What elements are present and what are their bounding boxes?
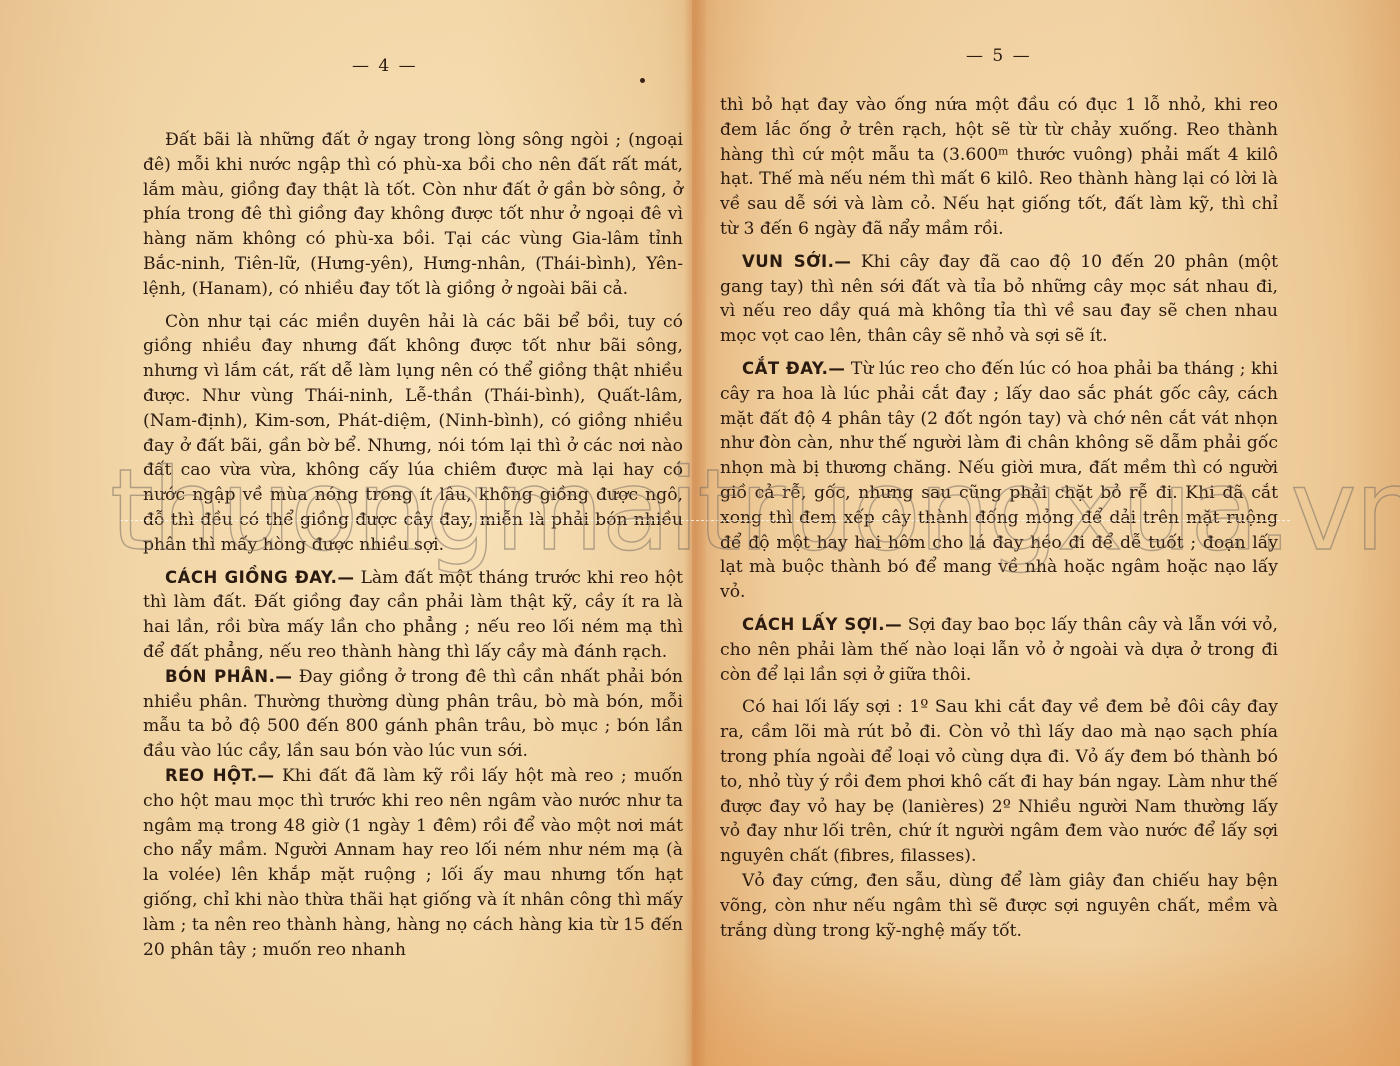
paragraph-text: Đất bãi là những đất ở ngay trong lòng s…	[143, 130, 683, 299]
book-gutter	[684, 0, 706, 1066]
section-heading: BÓN PHÂN.—	[165, 667, 292, 686]
paragraph-text: Có hai lối lấy sợi : 1º Sau khi cắt đay …	[720, 697, 1278, 866]
scan-dashed-line	[120, 520, 1290, 521]
right-text-column: thì bỏ hạt đay vào ống nứa một đầu có đụ…	[720, 93, 1278, 943]
paragraph-text: Còn như tại các miền duyên hải là các bã…	[143, 312, 683, 555]
paragraph-text: Vỏ đay cứng, đen sẫu, dùng để làm giây đ…	[720, 871, 1278, 941]
paragraph-text: Từ lúc reo cho đến lúc có hoa phải ba th…	[720, 359, 1278, 602]
paragraph: Đất bãi là những đất ở ngay trong lòng s…	[143, 128, 683, 302]
section-heading: CÁCH LẤY SỢI.—	[742, 615, 902, 634]
paragraph-cach-giong-day: CÁCH GIỒNG ĐAY.— Làm đất một tháng trước…	[143, 566, 683, 665]
paragraph: Có hai lối lấy sợi : 1º Sau khi cắt đay …	[720, 695, 1278, 869]
paragraph-cat-day: CẮT ĐAY.— Từ lúc reo cho đến lúc có hoa …	[720, 357, 1278, 605]
paragraph-text: thì bỏ hạt đay vào ống nứa một đầu có đụ…	[720, 95, 1278, 239]
paragraph-cach-lay-soi: CÁCH LẤY SỢI.— Sợi đay bao bọc lấy thân …	[720, 613, 1278, 687]
paragraph-vun-soi: VUN SỚI.— Khi cây đay đã cao độ 10 đến 2…	[720, 250, 1278, 349]
page-number-left: — 4 —	[352, 56, 418, 76]
paragraph: Vỏ đay cứng, đen sẫu, dùng để làm giây đ…	[720, 869, 1278, 943]
section-heading: CÁCH GIỒNG ĐAY.—	[165, 568, 354, 587]
ink-spot	[640, 78, 645, 83]
paragraph-bon-phan: BÓN PHÂN.— Đay giồng ở trong đê thì cần …	[143, 665, 683, 764]
section-heading: REO HỘT.—	[165, 766, 275, 785]
section-heading: VUN SỚI.—	[742, 252, 851, 271]
left-text-column: Đất bãi là những đất ở ngay trong lòng s…	[143, 128, 683, 962]
paragraph-text: Khi đất đã làm kỹ rồi lấy hột mà reo ; m…	[143, 766, 683, 960]
paragraph: thì bỏ hạt đay vào ống nứa một đầu có đụ…	[720, 93, 1278, 242]
right-page: — 5 — thì bỏ hạt đay vào ống nứa một đầu…	[692, 0, 1400, 1066]
section-heading: CẮT ĐAY.—	[742, 359, 845, 378]
page-number-right: — 5 —	[966, 46, 1032, 66]
paragraph-reo-hot: REO HỘT.— Khi đất đã làm kỹ rồi lấy hột …	[143, 764, 683, 962]
left-page: — 4 — Đất bãi là những đất ở ngay trong …	[0, 0, 692, 1066]
